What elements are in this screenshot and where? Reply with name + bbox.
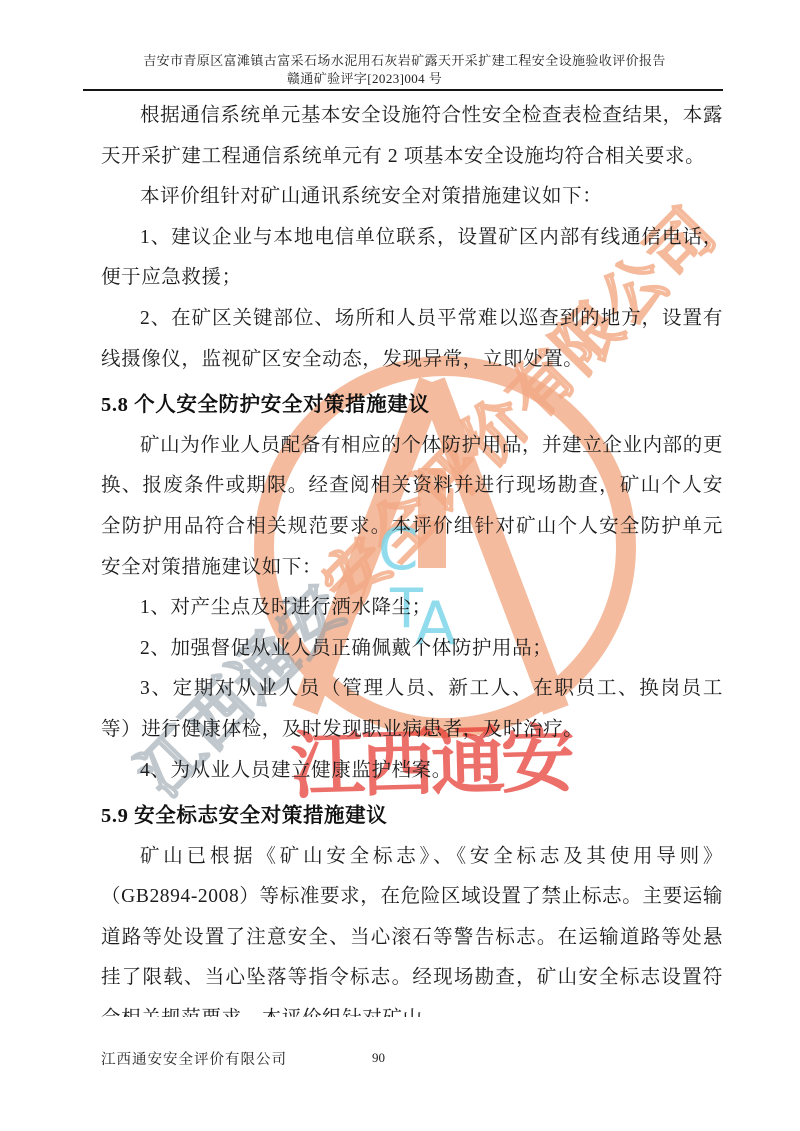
paragraph-ppe-item-4: 4、为从业人员建立健康监护档案。 bbox=[101, 751, 723, 792]
paragraph-ppe-item-3: 3、定期对从业人员（管理人员、新工人、在职员工、换岗员工等）进行健康体检，及时发… bbox=[101, 669, 723, 750]
report-title: 吉安市青原区富滩镇古富采石场水泥用石灰岩矿露天开采扩建工程安全设施验收评价报告 bbox=[86, 52, 723, 70]
report-page: 江西通安安全评价有限公司 C T A 江西通安 吉安市青原区富滩镇古富采石场水泥… bbox=[0, 0, 800, 1131]
paragraph-ppe-intro: 矿山为作业人员配备有相应的个体防护用品，并建立企业内部的更换、报废条件或期限。经… bbox=[101, 426, 723, 588]
paragraph-safety-signs: 矿山已根据《矿山安全标志》、《安全标志及其使用导则》（GB2894-2008）等… bbox=[101, 837, 723, 1017]
paragraph-comm-item-2: 2、在矿区关键部位、场所和人员平常难以巡查到的地方，设置有线摄像仪，监视矿区安全… bbox=[101, 299, 723, 380]
header-divider bbox=[83, 89, 723, 91]
section-heading-5-9: 5.9 安全标志安全对策措施建议 bbox=[101, 796, 723, 837]
document-number: 赣通矿验评字[2023]004 号 bbox=[46, 70, 683, 87]
page-header: 吉安市青原区富滩镇古富采石场水泥用石灰岩矿露天开采扩建工程安全设施验收评价报告 … bbox=[86, 52, 723, 87]
footer-company-name: 江西通安安全评价有限公司 bbox=[101, 1048, 287, 1069]
paragraph-ppe-item-1: 1、对产尘点及时进行洒水降尘； bbox=[101, 588, 723, 629]
paragraph-communication-result: 根据通信系统单元基本安全设施符合性安全检查表检查结果，本露天开采扩建工程通信系统… bbox=[101, 96, 723, 177]
paragraph-comm-suggestion-intro: 本评价组针对矿山通讯系统安全对策措施建议如下： bbox=[101, 177, 723, 218]
paragraph-ppe-item-2: 2、加强督促从业人员正确佩戴个体防护用品； bbox=[101, 629, 723, 670]
footer-page-number: 90 bbox=[372, 1050, 385, 1066]
paragraph-comm-item-1: 1、建议企业与本地电信单位联系，设置矿区内部有线通信电话，便于应急救援； bbox=[101, 218, 723, 299]
document-body: 根据通信系统单元基本安全设施符合性安全检查表检查结果，本露天开采扩建工程通信系统… bbox=[101, 96, 723, 1017]
section-heading-5-8: 5.8 个人安全防护安全对策措施建议 bbox=[101, 385, 723, 426]
